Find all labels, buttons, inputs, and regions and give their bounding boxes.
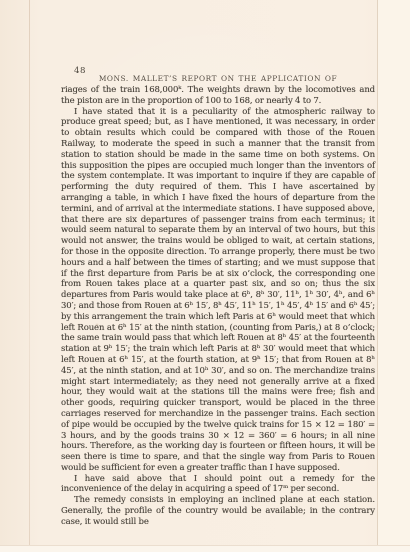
paragraph: riages of the train 168,000ᵏ. The weight… xyxy=(61,85,375,107)
paragraph: I have said above that I should point ou… xyxy=(61,474,375,496)
page-content: 48 MONS. MALLET’S REPORT ON THE APPLICAT… xyxy=(61,66,375,528)
paragraph: I have stated that it is a peculiarity o… xyxy=(61,107,375,474)
scanned-page: 48 MONS. MALLET’S REPORT ON THE APPLICAT… xyxy=(0,0,410,552)
page-bottom-edge xyxy=(0,545,410,552)
page-fold-line xyxy=(29,0,30,552)
page-number: 48 xyxy=(74,66,86,76)
page-body: riages of the train 168,000ᵏ. The weight… xyxy=(61,85,375,528)
paragraph: The remedy consists in employing an incl… xyxy=(61,495,375,527)
running-head: MONS. MALLET’S REPORT ON THE APPLICATION… xyxy=(99,74,337,83)
page-right-edge xyxy=(377,0,410,552)
page-header: 48 MONS. MALLET’S REPORT ON THE APPLICAT… xyxy=(61,66,375,77)
